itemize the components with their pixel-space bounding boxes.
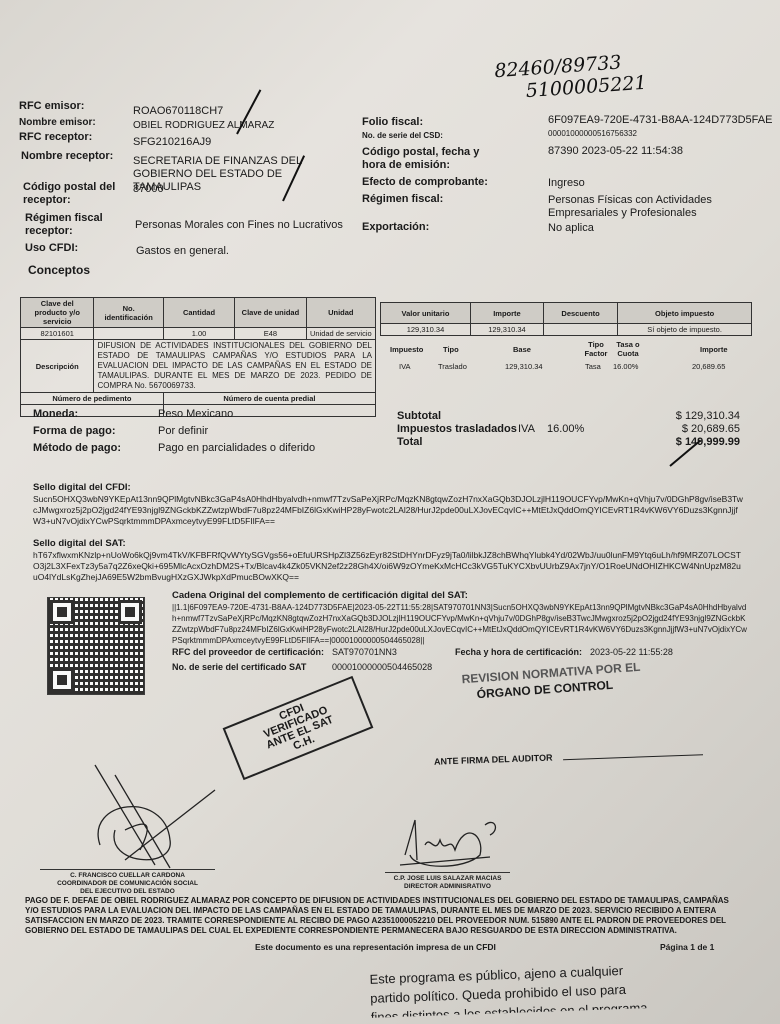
- serie-sat-label: No. de serie del certificado SAT: [172, 661, 306, 674]
- col-objeto-impuesto: Objeto impuesto: [618, 303, 752, 324]
- cfdi-verificado-stamp: CFDI VERIFICADO ANTE EL SAT C.H.: [223, 676, 374, 780]
- signature-right: [395, 815, 505, 875]
- cell-cantidad: 1.00: [163, 328, 234, 340]
- cell-clave-unidad: E48: [235, 328, 306, 340]
- conceptos-header-row-right: Valor unitario Importe Descuento Objeto …: [381, 303, 752, 324]
- right-signer-name: C.P. JOSE LUIS SALAZAR MACIAS: [385, 875, 510, 883]
- conceptos-table-right: Valor unitario Importe Descuento Objeto …: [380, 302, 752, 336]
- right-signer-title: DIRECTOR ADMINISRATIVO: [385, 883, 510, 891]
- descripcion-row: Descripción DIFUSION DE ACTIVIDADES INST…: [21, 340, 376, 393]
- rfc-emisor-label: RFC emisor:: [19, 100, 84, 113]
- signature-right-block: C.P. JOSE LUIS SALAZAR MACIAS DIRECTOR A…: [385, 872, 510, 891]
- nombre-emisor-label: Nombre emisor:: [19, 116, 96, 129]
- cadena-original-value: ||1.1|6F097EA9-720E-4731-B8AA-124D773D5F…: [172, 602, 747, 646]
- representacion-impresa: Este documento es una representación imp…: [255, 942, 496, 952]
- impuestos-tasa: 16.00%: [547, 423, 584, 436]
- impuestos-tipo: IVA: [518, 423, 535, 436]
- total-label: Total: [397, 436, 422, 449]
- tax-tipo: Traslado: [438, 362, 467, 371]
- signature-left-block: C. FRANCISCO CUELLAR CARDONA COORDINADOR…: [40, 869, 215, 896]
- col-valor-unitario: Valor unitario: [381, 303, 471, 324]
- conceptos-header-row: Clave del producto y/o servicio No. iden…: [21, 298, 376, 328]
- cell-objeto-impuesto: Sí objeto de impuesto.: [618, 324, 752, 336]
- serie-sat-value: 00001000000504465028: [332, 661, 432, 674]
- nombre-receptor-label: Nombre receptor:: [21, 150, 113, 163]
- predial-label: Número de cuenta predial: [163, 393, 375, 405]
- rfc-receptor-value: SFG210216AJ9: [133, 136, 211, 149]
- col-no-identificacion: No. identificación: [94, 298, 163, 328]
- rfc-emisor-value: ROAO670118CH7: [133, 105, 223, 118]
- col-descuento: Descuento: [543, 303, 617, 324]
- qr-finder-tl: [50, 600, 74, 624]
- tax-header-importe: Importe: [700, 345, 728, 354]
- firma-auditor-label: ANTE FIRMA DEL AUDITOR: [434, 753, 553, 767]
- folio-fiscal-label: Folio fiscal:: [362, 116, 423, 129]
- firma-auditor: ANTE FIRMA DEL AUDITOR: [434, 747, 703, 766]
- nombre-receptor-value: SECRETARIA DE FINANZAS DEL GOBIERNO DEL …: [133, 155, 353, 194]
- tax-header-tasa-cuota: Tasa o Cuota: [613, 340, 643, 358]
- subtotal-label: Subtotal: [397, 410, 441, 423]
- signature-left: [85, 760, 225, 870]
- tax-impuesto: IVA: [399, 362, 411, 371]
- firma-auditor-line: [563, 754, 703, 760]
- page-number: Página 1 de 1: [660, 942, 714, 952]
- col-cantidad: Cantidad: [163, 298, 234, 328]
- tax-tipo-factor: Tasa: [585, 362, 601, 371]
- cp-receptor-value: 87000: [133, 183, 164, 196]
- left-signer-title-1: COORDINADOR DE COMUNICACIÓN SOCIAL: [40, 880, 215, 888]
- regimen-receptor-value: Personas Morales con Fines no Lucrativos: [135, 219, 343, 232]
- exportacion-value: No aplica: [548, 222, 594, 235]
- tax-base: 129,310.34: [505, 362, 543, 371]
- sello-sat-value: hT67xflwxmKNzlp+nUoWo6kQj9vm4TkV/KFBFRfQ…: [33, 550, 745, 583]
- regimen-fiscal-value: Personas Físicas con Actividades Empresa…: [548, 194, 723, 220]
- tax-importe: 20,689.65: [692, 362, 725, 371]
- cell-unidad: Unidad de servicio: [306, 328, 375, 340]
- qr-code: [47, 597, 145, 695]
- cell-importe: 129,310.34: [470, 324, 543, 336]
- col-importe: Importe: [470, 303, 543, 324]
- rfc-proveedor-label: RFC del proveedor de certificación:: [172, 646, 324, 659]
- metodo-pago-label: Método de pago:: [33, 442, 121, 455]
- exportacion-label: Exportación:: [362, 221, 429, 234]
- tax-header-impuesto: Impuesto: [390, 345, 423, 354]
- cp-fecha-value: 87390 2023-05-22 11:54:38: [548, 145, 683, 158]
- impuestos-value: $ 20,689.65: [640, 423, 740, 436]
- rfc-receptor-label: RFC receptor:: [19, 131, 92, 144]
- conceptos-table: Clave del producto y/o servicio No. iden…: [20, 297, 376, 417]
- fecha-certificacion-label: Fecha y hora de certificación:: [455, 646, 582, 659]
- serie-csd-label: No. de serie del CSD:: [362, 131, 443, 141]
- tax-header-tipo: Tipo: [443, 345, 459, 354]
- conceptos-title: Conceptos: [28, 264, 90, 277]
- handwritten-folio: 82460/89733 5100005221: [494, 50, 648, 104]
- moneda-label: Moneda:: [33, 408, 78, 421]
- table-row: 82101601 1.00 E48 Unidad de servicio: [21, 328, 376, 340]
- efecto-value: Ingreso: [548, 177, 585, 190]
- col-unidad: Unidad: [306, 298, 375, 328]
- col-clave-unidad: Clave de unidad: [235, 298, 306, 328]
- col-clave-producto: Clave del producto y/o servicio: [21, 298, 94, 328]
- tax-header-tipo-factor: Tipo Factor: [581, 340, 611, 358]
- left-signer-name: C. FRANCISCO CUELLAR CARDONA: [40, 872, 215, 880]
- cell-no-identificacion: [94, 328, 163, 340]
- qr-finder-tr: [118, 600, 142, 624]
- pedimento-label: Número de pedimento: [21, 393, 164, 405]
- serie-csd-value: 00001000000516756332: [548, 129, 637, 139]
- cell-descuento: [543, 324, 617, 336]
- regimen-fiscal-label: Régimen fiscal:: [362, 193, 443, 206]
- programa-publico-notice: Este programa es público, ajeno a cualqu…: [369, 960, 647, 1018]
- cell-valor-unitario: 129,310.34: [381, 324, 471, 336]
- sello-cfdi-value: Sucn5OHXQ3wbN9YKEpAt13nn9QPlMgtvNBkc3GaP…: [33, 494, 745, 527]
- pedimento-row: Número de pedimento Número de cuenta pre…: [21, 393, 376, 405]
- qr-finder-bl: [50, 668, 74, 692]
- cp-fecha-label: Código postal, fecha y hora de emisión:: [362, 146, 502, 172]
- uso-cfdi-label: Uso CFDI:: [25, 242, 78, 255]
- moneda-value: Peso Mexicano: [158, 408, 233, 421]
- rfc-proveedor-value: SAT970701NN3: [332, 646, 397, 659]
- organo-control-stamp: REVISION NORMATIVA POR EL ÓRGANO DE CONT…: [461, 659, 642, 703]
- folio-fiscal-value: 6F097EA9-720E-4731-B8AA-124D773D5FAE: [548, 114, 772, 127]
- forma-pago-value: Por definir: [158, 425, 208, 438]
- impuestos-label: Impuestos trasladados: [397, 423, 517, 436]
- table-row: 129,310.34 129,310.34 Sí objeto de impue…: [381, 324, 752, 336]
- cp-receptor-label: Código postal del receptor:: [23, 181, 118, 207]
- cadena-original-label: Cadena Original del complemento de certi…: [172, 589, 468, 602]
- forma-pago-label: Forma de pago:: [33, 425, 116, 438]
- sello-cfdi-label: Sello digital del CFDI:: [33, 481, 131, 494]
- metodo-pago-value: Pago en parcialidades o diferido: [158, 442, 315, 455]
- tax-header-base: Base: [513, 345, 531, 354]
- fecha-certificacion-value: 2023-05-22 11:55:28: [590, 646, 673, 659]
- descripcion-label: Descripción: [21, 340, 94, 393]
- sello-sat-label: Sello digital del SAT:: [33, 537, 126, 550]
- regimen-receptor-label: Régimen fiscal receptor:: [25, 212, 105, 238]
- payment-legend: PAGO DE F. DEFAE DE OBIEL RODRIGUEZ ALMA…: [25, 896, 740, 936]
- subtotal-value: $ 129,310.34: [640, 410, 740, 423]
- efecto-label: Efecto de comprobante:: [362, 176, 488, 189]
- descripcion-value: DIFUSION DE ACTIVIDADES INSTITUCIONALES …: [94, 340, 376, 393]
- tax-tasa: 16.00%: [613, 362, 638, 371]
- uso-cfdi-value: Gastos en general.: [136, 245, 229, 258]
- left-signer-title-2: DEL EJECUTIVO DEL ESTADO: [40, 888, 215, 896]
- cell-clave-producto: 82101601: [21, 328, 94, 340]
- nombre-emisor-value: OBIEL RODRIGUEZ ALMARAZ: [133, 119, 274, 132]
